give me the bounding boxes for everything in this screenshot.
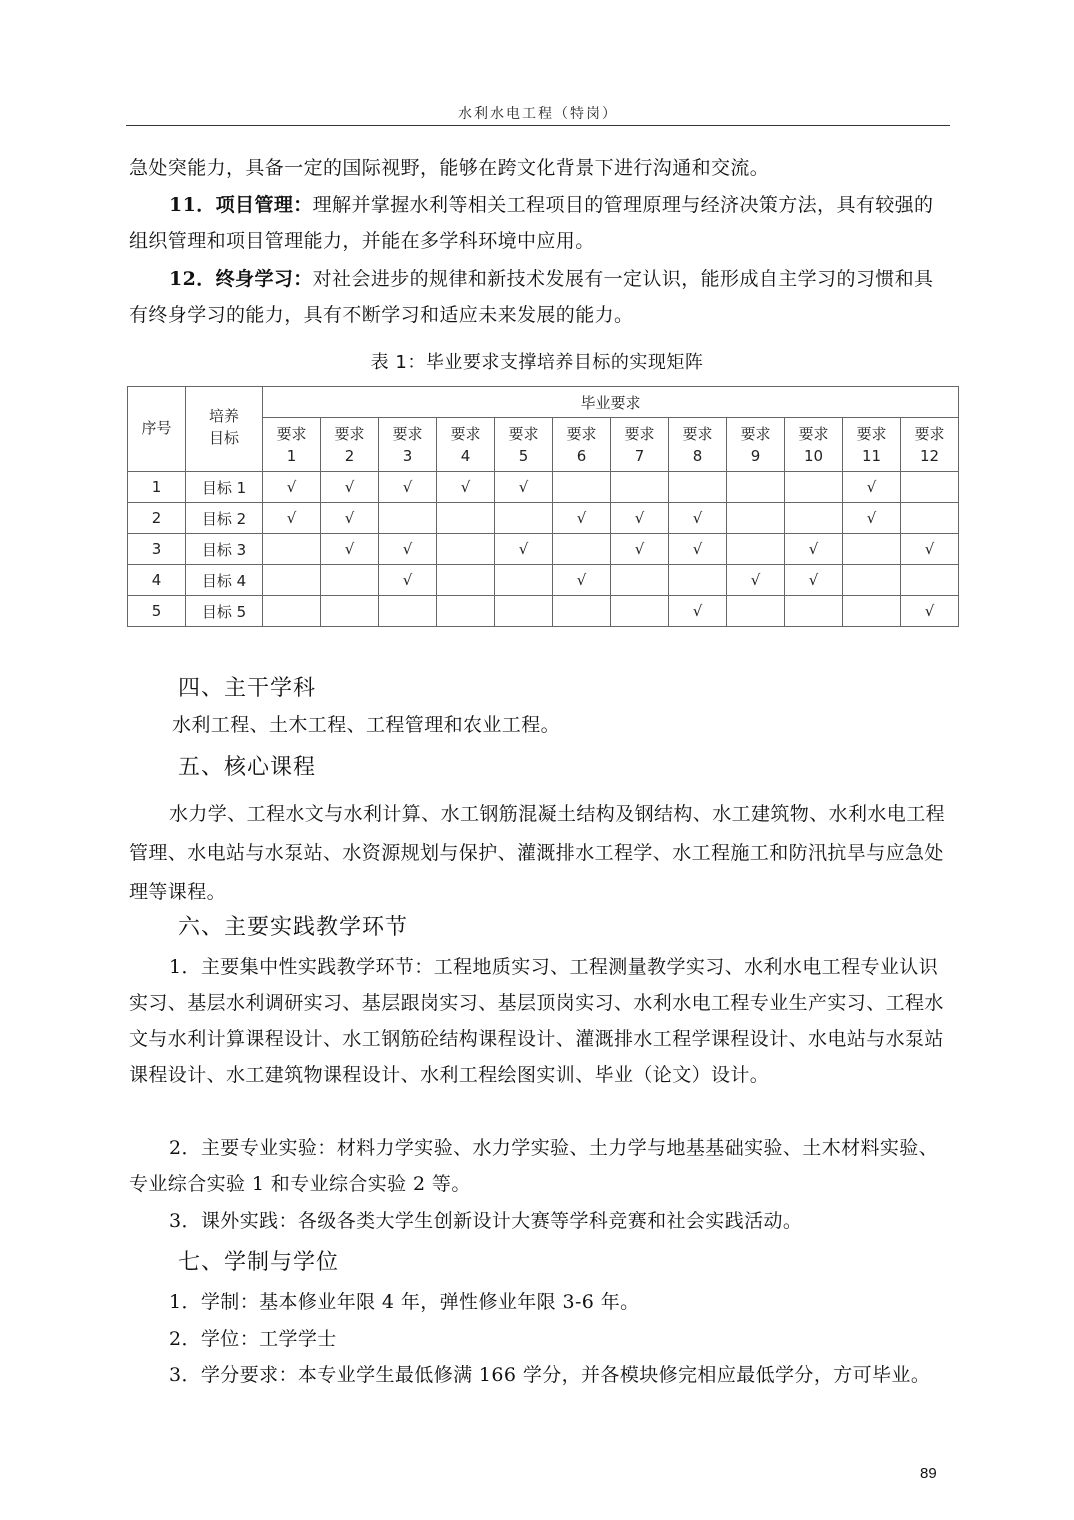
table-row: 3目标 3√√√√√√√ (128, 534, 959, 565)
empty-cell (611, 565, 669, 596)
check-mark-cell: √ (263, 472, 321, 503)
table-row: 2目标 2√√√√√√ (128, 503, 959, 534)
page-number: 89 (920, 1465, 937, 1482)
empty-cell (379, 503, 437, 534)
check-mark-cell: √ (321, 503, 379, 534)
table-row: 4目标 4√√√√ (128, 565, 959, 596)
paragraph-item-12: 12．终身学习：对社会进步的规律和新技术发展有一定认识，能形成自主学习的习惯和具… (129, 261, 949, 333)
empty-cell (669, 472, 727, 503)
empty-cell (611, 596, 669, 627)
empty-cell (437, 503, 495, 534)
req-number: 5 (495, 445, 552, 467)
req-label: 要求 (669, 423, 726, 445)
degree-item-1: 1．学制：基本修业年限 4 年，弹性修业年限 3-6 年。 (129, 1284, 949, 1320)
empty-cell (727, 503, 785, 534)
header-requirement-7: 要求7 (611, 418, 669, 472)
header-rule (126, 125, 950, 126)
section-body-5: 水力学、工程水文与水利计算、水工钢筋混凝土结构及钢结构、水工建筑物、水利水电工程… (129, 795, 949, 912)
item-label: 12．终身学习： (169, 268, 313, 290)
cell-seq: 1 (128, 472, 186, 503)
req-label: 要求 (321, 423, 378, 445)
header-requirement-11: 要求11 (843, 418, 901, 472)
check-mark-cell: √ (553, 503, 611, 534)
empty-cell (553, 472, 611, 503)
req-label: 要求 (495, 423, 552, 445)
cell-goal: 目标 4 (186, 565, 263, 596)
empty-cell (379, 596, 437, 627)
cell-seq: 5 (128, 596, 186, 627)
check-mark-cell: √ (669, 503, 727, 534)
req-number: 3 (379, 445, 436, 467)
practice-item-2: 2．主要专业实验：材料力学实验、水力学实验、土力学与地基基础实验、土木材料实验、… (129, 1130, 949, 1202)
empty-cell (901, 472, 959, 503)
req-number: 10 (785, 445, 842, 467)
check-mark-cell: √ (263, 503, 321, 534)
empty-cell (321, 565, 379, 596)
cell-seq: 4 (128, 565, 186, 596)
empty-cell (611, 472, 669, 503)
empty-cell (437, 565, 495, 596)
empty-cell (495, 565, 553, 596)
empty-cell (727, 534, 785, 565)
check-mark-cell: √ (321, 534, 379, 565)
header-goal-label: 培养目标 (208, 405, 241, 449)
check-mark-cell: √ (901, 534, 959, 565)
req-number: 7 (611, 445, 668, 467)
empty-cell (727, 472, 785, 503)
empty-cell (785, 503, 843, 534)
check-mark-cell: √ (727, 565, 785, 596)
req-label: 要求 (727, 423, 784, 445)
check-mark-cell: √ (669, 534, 727, 565)
req-label: 要求 (901, 423, 958, 445)
section-body-4: 水利工程、土木工程、工程管理和农业工程。 (172, 707, 952, 743)
degree-item-2: 2．学位：工学学士 (129, 1321, 949, 1357)
req-label: 要求 (785, 423, 842, 445)
empty-cell (321, 596, 379, 627)
header-requirement-9: 要求9 (727, 418, 785, 472)
check-mark-cell: √ (785, 534, 843, 565)
empty-cell (727, 596, 785, 627)
empty-cell (843, 596, 901, 627)
check-mark-cell: √ (901, 596, 959, 627)
item-label: 11．项目管理： (169, 194, 313, 216)
check-mark-cell: √ (495, 472, 553, 503)
check-mark-cell: √ (379, 534, 437, 565)
degree-item-3: 3．学分要求：本专业学生最低修满 166 学分，并各模块修完相应最低学分，方可毕… (129, 1357, 949, 1393)
cell-goal: 目标 5 (186, 596, 263, 627)
empty-cell (785, 472, 843, 503)
req-number: 9 (727, 445, 784, 467)
req-label: 要求 (553, 423, 610, 445)
header-requirement-8: 要求8 (669, 418, 727, 472)
section-title-7: 七、学制与学位 (178, 1245, 339, 1276)
header-requirement-12: 要求12 (901, 418, 959, 472)
header-requirement-1: 要求1 (263, 418, 321, 472)
check-mark-cell: √ (553, 565, 611, 596)
check-mark-cell: √ (611, 534, 669, 565)
empty-cell (495, 503, 553, 534)
empty-cell (263, 565, 321, 596)
req-number: 6 (553, 445, 610, 467)
header-requirement-10: 要求10 (785, 418, 843, 472)
empty-cell (843, 565, 901, 596)
check-mark-cell: √ (611, 503, 669, 534)
check-mark-cell: √ (495, 534, 553, 565)
header-requirement-2: 要求2 (321, 418, 379, 472)
empty-cell (669, 565, 727, 596)
req-number: 12 (901, 445, 958, 467)
check-mark-cell: √ (379, 565, 437, 596)
req-label: 要求 (263, 423, 320, 445)
check-mark-cell: √ (321, 472, 379, 503)
cell-goal: 目标 3 (186, 534, 263, 565)
req-label: 要求 (611, 423, 668, 445)
empty-cell (553, 596, 611, 627)
table-row: 5目标 5√√ (128, 596, 959, 627)
cell-seq: 3 (128, 534, 186, 565)
empty-cell (437, 534, 495, 565)
check-mark-cell: √ (843, 472, 901, 503)
check-mark-cell: √ (785, 565, 843, 596)
cell-seq: 2 (128, 503, 186, 534)
section-title-6: 六、主要实践教学环节 (178, 910, 408, 941)
req-number: 11 (843, 445, 900, 467)
practice-item-3: 3．课外实践：各级各类大学生创新设计大赛等学科竞赛和社会实践活动。 (129, 1203, 949, 1239)
check-mark-cell: √ (669, 596, 727, 627)
check-mark-cell: √ (379, 472, 437, 503)
empty-cell (901, 565, 959, 596)
practice-item-1: 1．主要集中性实践教学环节：工程地质实习、工程测量教学实习、水利水电工程专业认识… (129, 949, 949, 1093)
req-number: 8 (669, 445, 726, 467)
paragraph-continuation: 急处突能力，具备一定的国际视野，能够在跨文化背景下进行沟通和交流。 (129, 150, 949, 186)
empty-cell (263, 534, 321, 565)
empty-cell (553, 534, 611, 565)
header-requirement-5: 要求5 (495, 418, 553, 472)
paragraph-item-11: 11．项目管理：理解并掌握水利等相关工程项目的管理原理与经济决策方法，具有较强的… (129, 187, 949, 259)
empty-cell (495, 596, 553, 627)
header-requirement-6: 要求6 (553, 418, 611, 472)
section-title-5: 五、核心课程 (178, 750, 316, 781)
req-label: 要求 (379, 423, 436, 445)
table-caption: 表 1：毕业要求支撑培养目标的实现矩阵 (0, 348, 1074, 374)
running-header: 水利水电工程（特岗） (126, 103, 950, 123)
req-number: 2 (321, 445, 378, 467)
req-label: 要求 (437, 423, 494, 445)
table-row: 1目标 1√√√√√√ (128, 472, 959, 503)
cell-goal: 目标 1 (186, 472, 263, 503)
requirements-matrix-table: 序号培养目标毕业要求要求1要求2要求3要求4要求5要求6要求7要求8要求9要求1… (127, 386, 959, 627)
header-graduation-requirements: 毕业要求 (263, 387, 959, 418)
cell-goal: 目标 2 (186, 503, 263, 534)
req-label: 要求 (843, 423, 900, 445)
req-number: 1 (263, 445, 320, 467)
empty-cell (901, 503, 959, 534)
empty-cell (263, 596, 321, 627)
header-goal: 培养目标 (186, 387, 263, 472)
section-title-4: 四、主干学科 (178, 671, 316, 702)
req-number: 4 (437, 445, 494, 467)
check-mark-cell: √ (843, 503, 901, 534)
empty-cell (437, 596, 495, 627)
check-mark-cell: √ (437, 472, 495, 503)
empty-cell (785, 596, 843, 627)
header-requirement-4: 要求4 (437, 418, 495, 472)
header-seq: 序号 (128, 387, 186, 472)
header-requirement-3: 要求3 (379, 418, 437, 472)
empty-cell (843, 534, 901, 565)
